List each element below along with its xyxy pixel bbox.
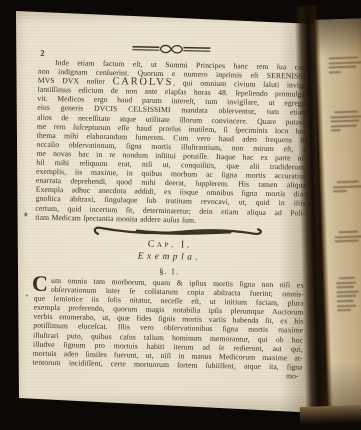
facing-page-text-block xyxy=(330,110,361,134)
paper-speck xyxy=(24,212,27,216)
header-rule-ornament-icon xyxy=(132,42,210,55)
facing-page-text-block xyxy=(333,180,361,195)
paper-speck xyxy=(26,295,28,297)
page-content: 2 Inde etiam factum eſt, ut Summi Princi… xyxy=(8,7,323,423)
paragraph-1: Inde etiam factum eſt, ut Summi Principe… xyxy=(35,58,308,227)
facing-page-text-block xyxy=(328,56,361,76)
book-photo: 2 Inde etiam factum eſt, ut Summi Princi… xyxy=(0,0,361,430)
book-page: 2 Inde etiam factum eſt, ut Summi Princi… xyxy=(14,8,322,418)
facing-page-text-block xyxy=(334,230,361,245)
chapter-title: Exempla. xyxy=(34,250,304,265)
page-number: 2 xyxy=(40,48,44,58)
page-edges-bottom xyxy=(300,405,361,424)
paragraph-2: um omnia tam morborum, quam & ipſius mor… xyxy=(33,276,305,372)
facing-page-text-block xyxy=(336,277,359,314)
